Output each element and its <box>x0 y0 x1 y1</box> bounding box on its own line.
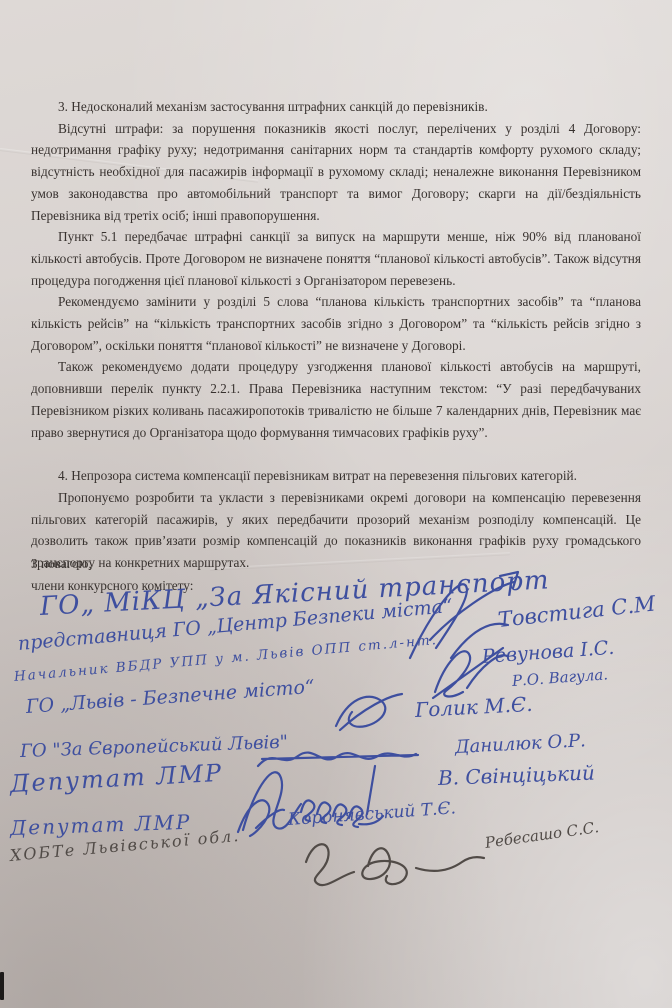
signature-org-6: Депутат ЛМР <box>9 759 223 798</box>
typed-paragraph: Відсутні штрафи: за порушення показників… <box>31 118 641 227</box>
signature-name-4: Голик М.Є. <box>414 692 533 722</box>
typed-paragraph: Рекомендуємо замінити у розділі 5 слова … <box>31 291 641 356</box>
signature-name-6: В. Свінціцький <box>438 761 596 790</box>
typed-paragraph: Також рекомендуємо додати процедуру узго… <box>31 356 641 443</box>
signature-org-4: ГО „Львів - Безпечне місто“ <box>25 676 315 718</box>
typed-paragraph: Пункт 5.1 передбачає штрафні санкції за … <box>31 226 641 291</box>
section-3-heading: 3. Недосконалий механізм застосування шт… <box>31 96 641 118</box>
signature-scribble-3 <box>328 688 408 733</box>
signature-name-5: Данилюк О.Р. <box>454 730 586 758</box>
photo-edge-shadow <box>0 972 4 1000</box>
signature-scribble-7 <box>298 828 498 883</box>
closing-salutation: З повагою, <box>31 553 193 575</box>
typed-text-block: 3. Недосконалий механізм застосування шт… <box>31 96 641 574</box>
signature-name-8: Ребесашо С.С. <box>484 818 600 852</box>
signature-name-3: Р.О. Вагула. <box>511 665 608 690</box>
document-photo: 3. Недосконалий механізм застосування шт… <box>0 0 672 1008</box>
section-4-heading: 4. Непрозора система компенсації перевіз… <box>31 465 641 487</box>
